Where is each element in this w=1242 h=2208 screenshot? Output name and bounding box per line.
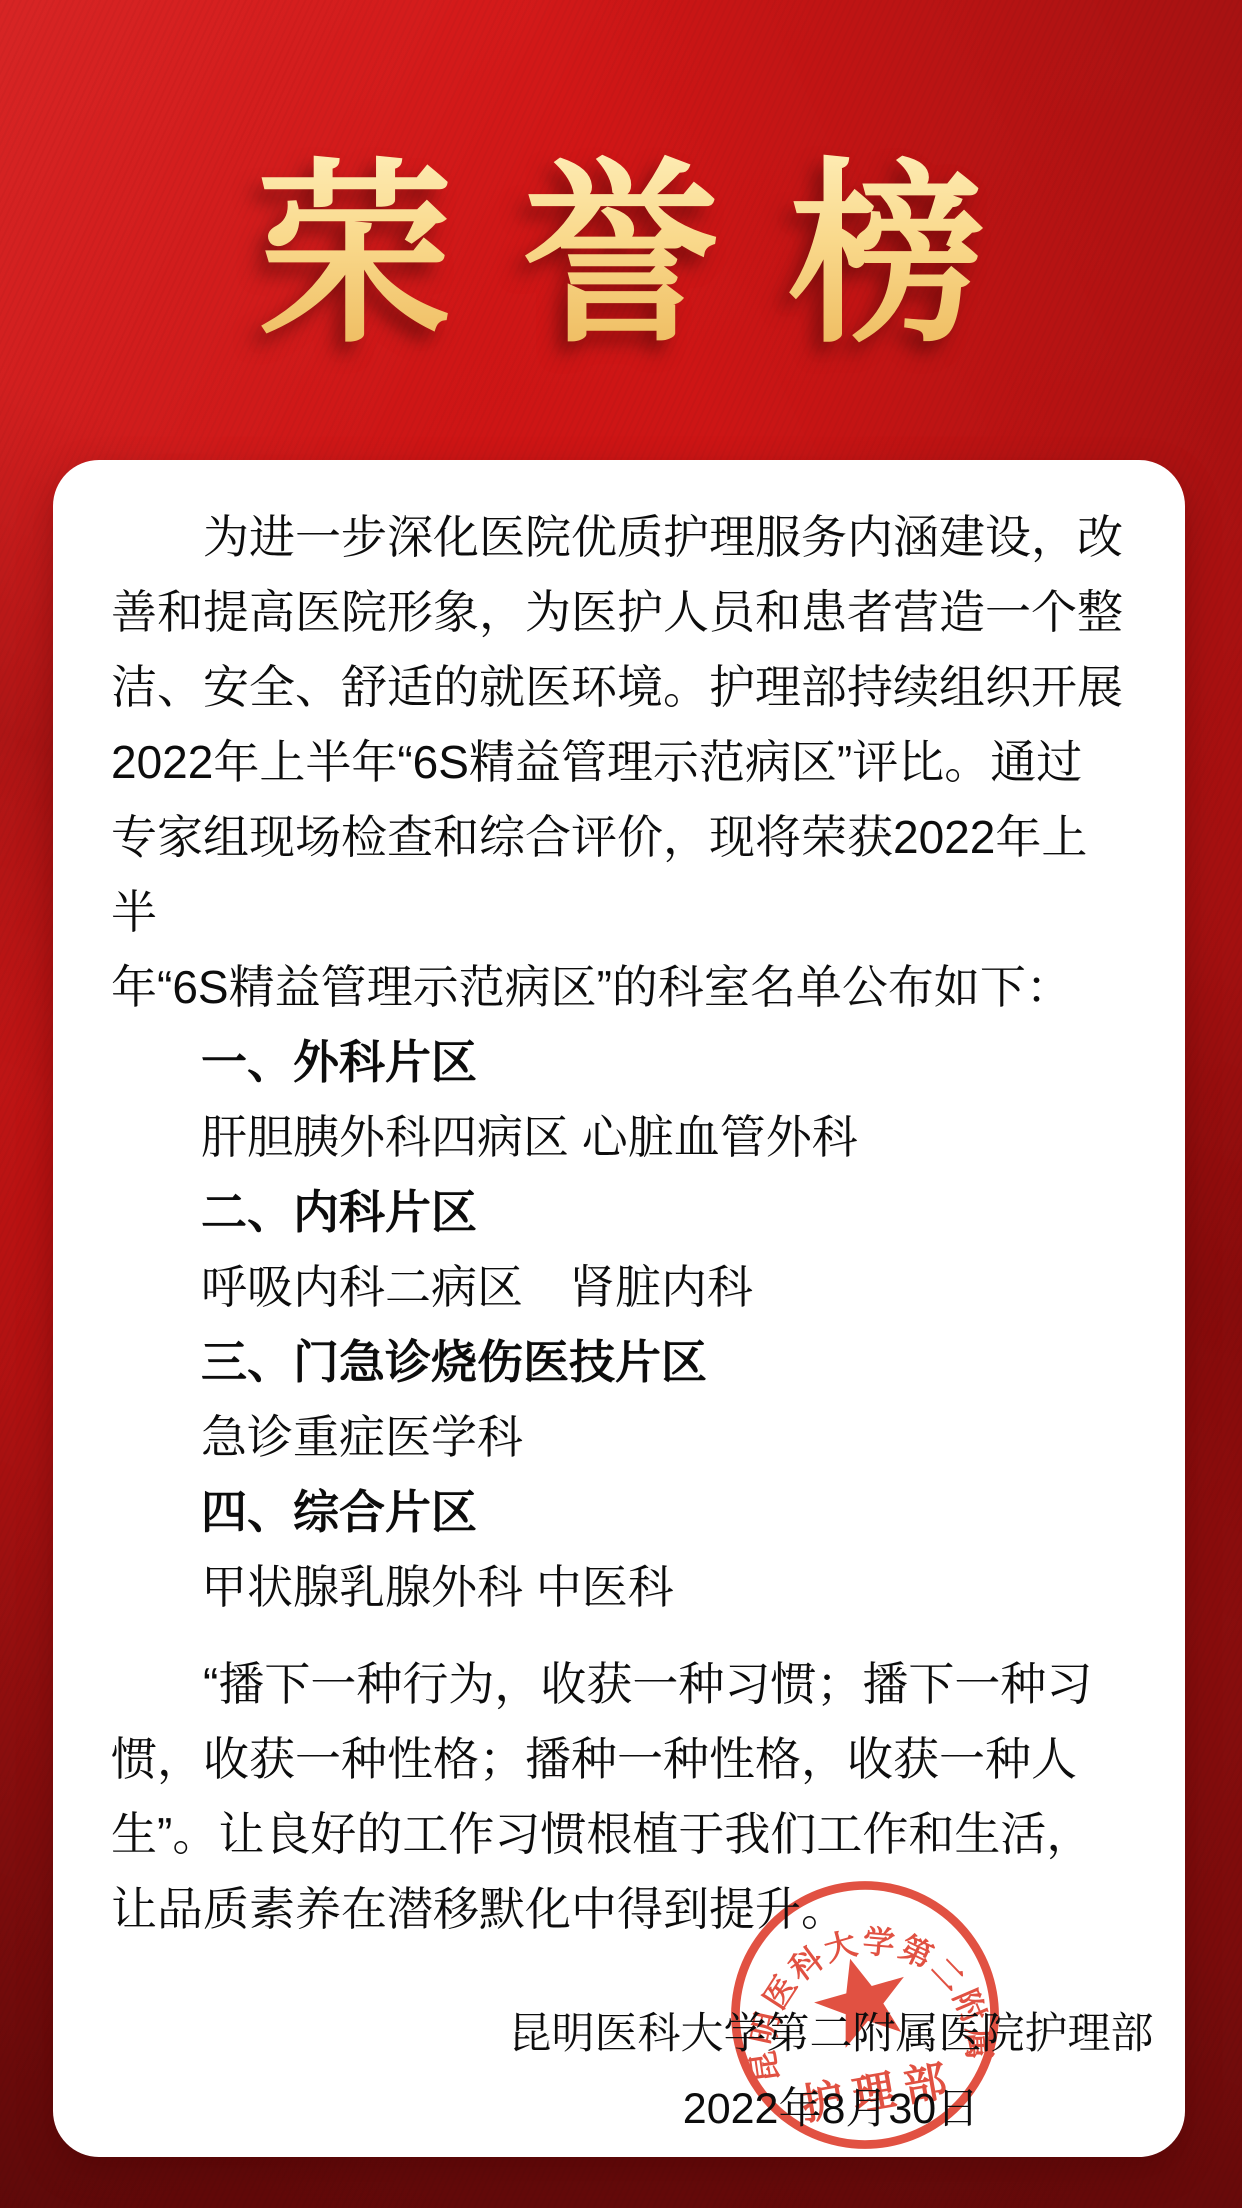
signature-block: 昆明医科大学第二附属医院护理部 2022年8月30日 [501, 1997, 1161, 2147]
section-item: 三、门急诊烧伤医技片区 急诊重症医学科 [111, 1325, 1127, 1475]
poster-title: 荣誉榜 [0, 146, 1242, 366]
section-title: 一、外科片区 [201, 1025, 1127, 1100]
signature-line: 昆明医科大学第二附属医院护理部 [501, 1997, 1161, 2072]
section-title: 三、门急诊烧伤医技片区 [201, 1325, 1127, 1400]
section-item: 二、内科片区 呼吸内科二病区 肾脏内科 [111, 1175, 1127, 1325]
section-title: 四、综合片区 [201, 1475, 1127, 1550]
section-title: 二、内科片区 [201, 1175, 1127, 1250]
section-departments: 急诊重症医学科 [201, 1400, 1127, 1475]
section-item: 四、综合片区 甲状腺乳腺外科 中医科 [111, 1475, 1127, 1625]
announcement-card: 昆明医科大学第二附属医院 护理部 为进一步深化医院优质护理服务内涵建设，改 善和… [53, 460, 1185, 2157]
section-departments: 肝胆胰外科四病区 心脏血管外科 [201, 1100, 1127, 1175]
section-departments: 甲状腺乳腺外科 中医科 [201, 1550, 1127, 1625]
section-departments: 呼吸内科二病区 肾脏内科 [201, 1250, 1127, 1325]
date-line: 2022年8月30日 [501, 2072, 1161, 2147]
award-sections: 一、外科片区 肝胆胰外科四病区 心脏血管外科 二、内科片区 呼吸内科二病区 肾脏… [111, 1025, 1127, 1625]
intro-paragraph: 为进一步深化医院优质护理服务内涵建设，改 善和提高医院形象，为医护人员和患者营造… [111, 500, 1127, 1025]
section-item: 一、外科片区 肝胆胰外科四病区 心脏血管外科 [111, 1025, 1127, 1175]
quote-paragraph: “播下一种行为，收获一种习惯；播下一种习 惯，收获一种性格；播种一种性格，收获一… [111, 1647, 1127, 1947]
